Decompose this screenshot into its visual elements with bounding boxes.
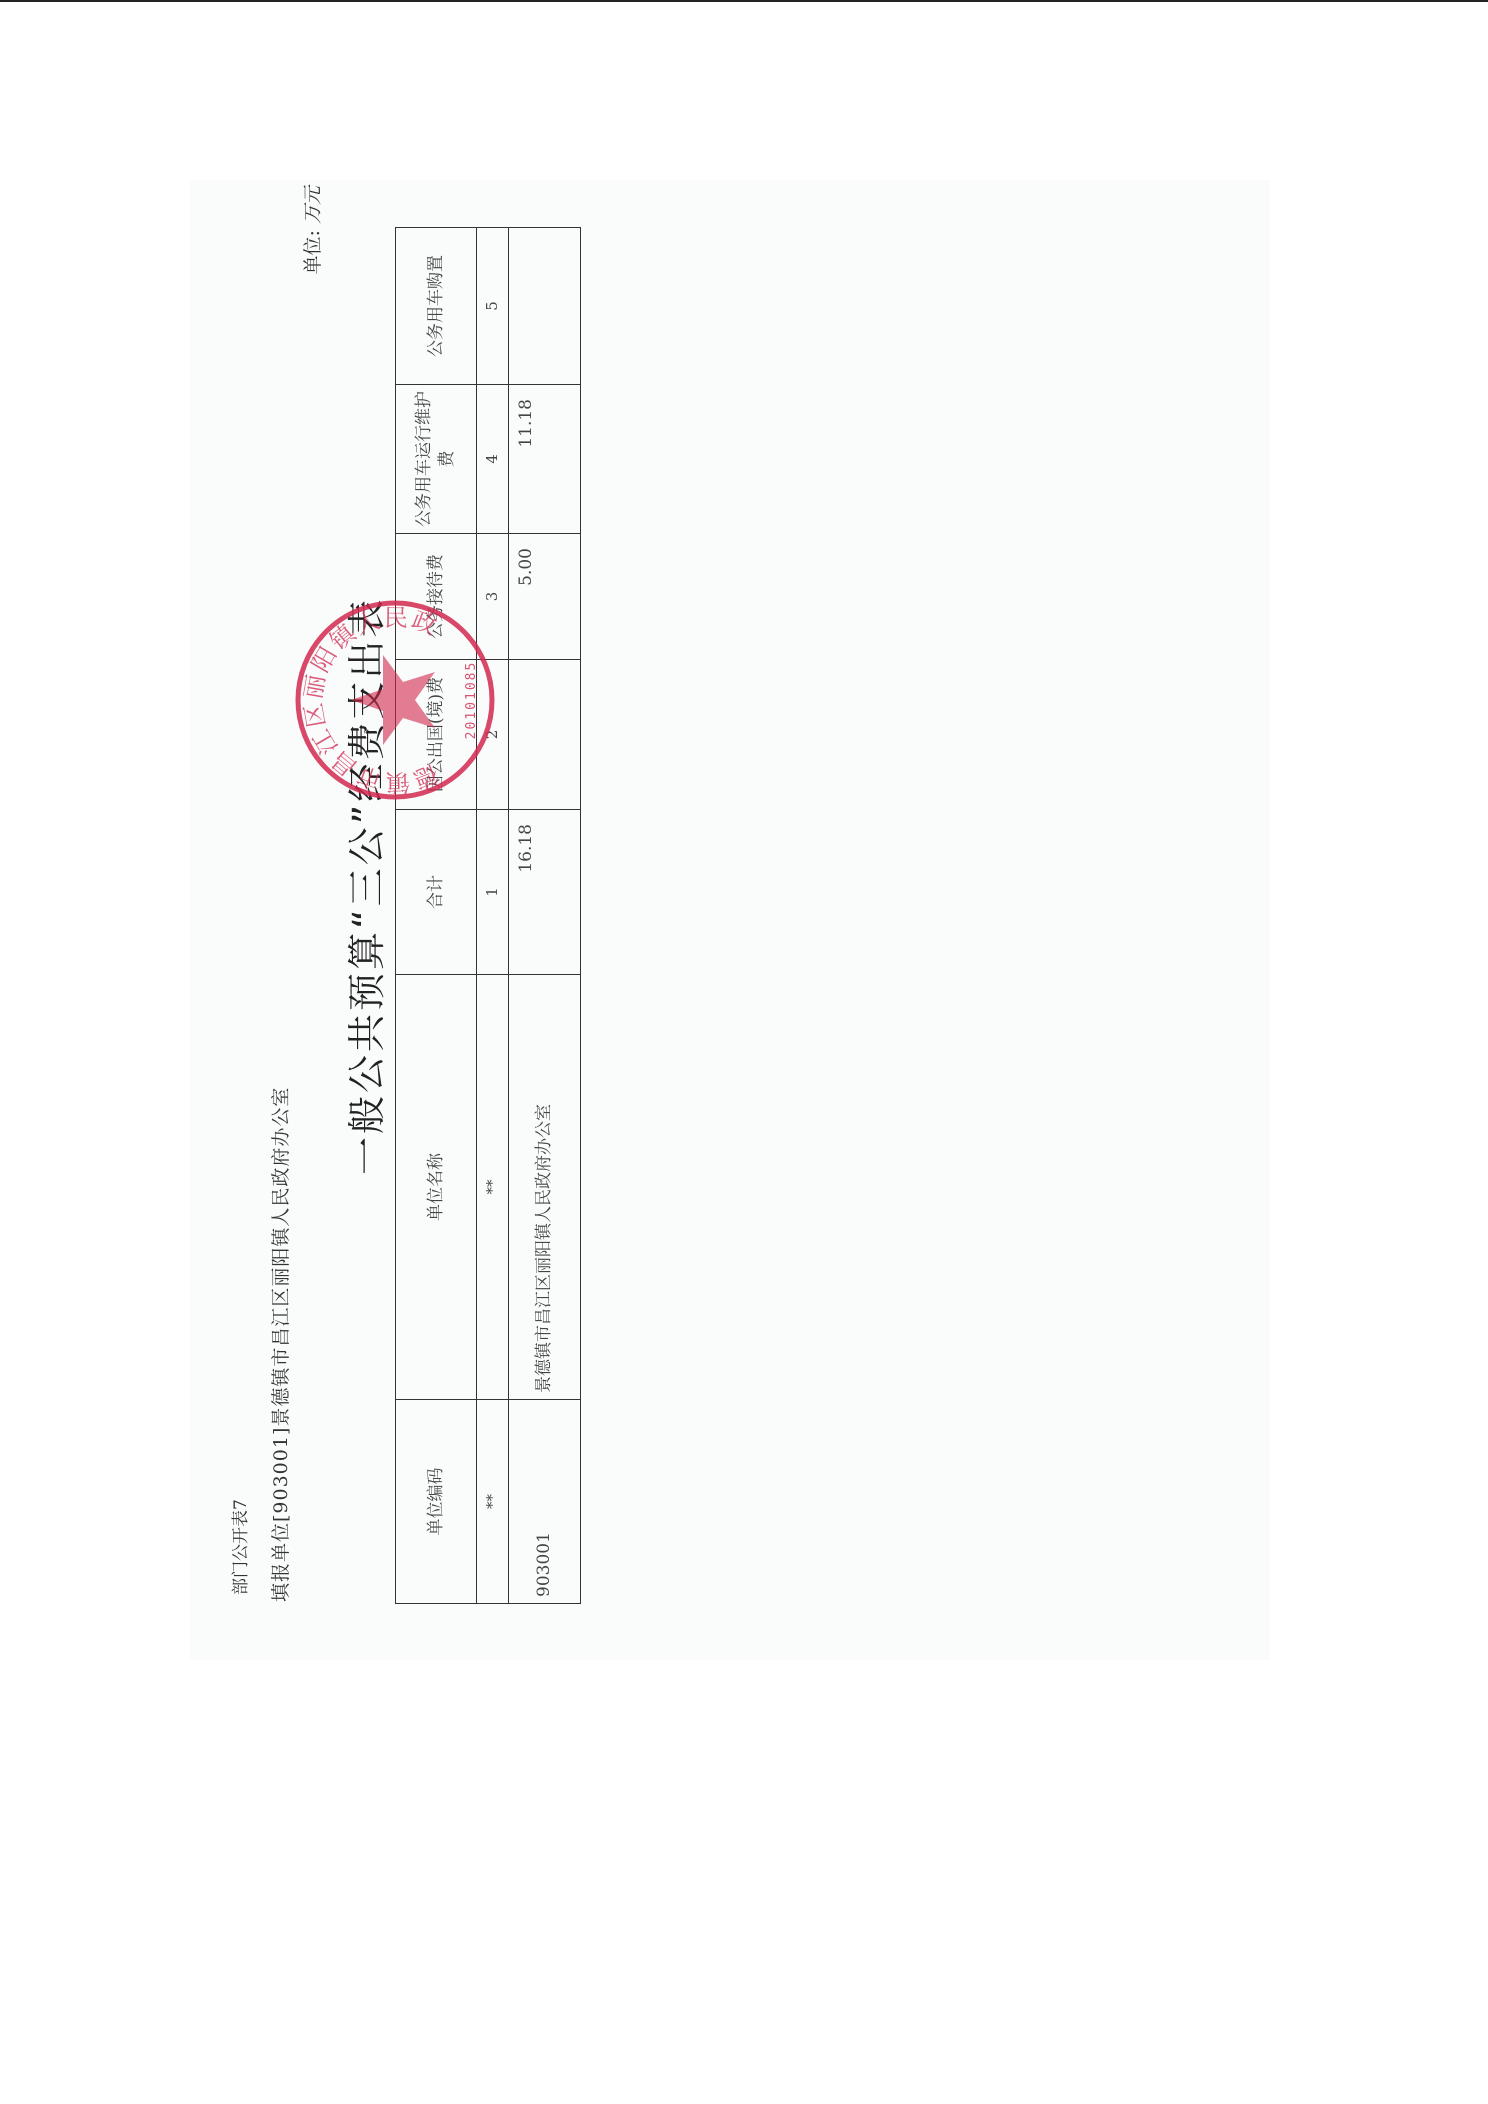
cell-vehicle-purchase [509, 228, 581, 385]
cell-overseas [509, 660, 581, 810]
index-cell: 3 [477, 534, 509, 660]
header-unit-name: 单位名称 [396, 975, 477, 1400]
header-unit-code: 单位编码 [396, 1400, 477, 1604]
header-reception: 公务接待费 [396, 534, 477, 660]
index-cell: ** [477, 1400, 509, 1604]
header-overseas: 因公出国(境)费 [396, 660, 477, 810]
header-vehicle-operation: 公务用车运行维护费 [396, 385, 477, 534]
index-cell: ** [477, 975, 509, 1400]
expense-table: 单位编码 单位名称 合计 因公出国(境)费 公务接待费 公务用车运行维护费 公务… [395, 227, 581, 1604]
unit-value: 万元 [302, 186, 324, 224]
unit-label: 单位: 万元 [298, 186, 325, 274]
index-cell: 1 [477, 810, 509, 975]
cell-vehicle-operation: 11.18 [509, 385, 581, 534]
cell-total: 16.18 [509, 810, 581, 975]
table-row: 903001 景德镇市昌江区丽阳镇人民政府办公室 16.18 5.00 11.1… [509, 228, 581, 1604]
header-vehicle-purchase: 公务用车购置 [396, 228, 477, 385]
index-cell: 2 [477, 660, 509, 810]
table-header-row: 单位编码 单位名称 合计 因公出国(境)费 公务接待费 公务用车运行维护费 公务… [396, 228, 477, 1604]
unit-label-text: 单位: [302, 230, 324, 274]
page-title: 一般公共预算“三公”经费支出表 [336, 597, 391, 1175]
table-index-row: ** ** 1 2 3 4 5 [477, 228, 509, 1604]
form-number: 部门公开表7 [226, 1499, 251, 1595]
header-total: 合计 [396, 810, 477, 975]
cell-unit-name: 景德镇市昌江区丽阳镇人民政府办公室 [509, 975, 581, 1400]
cell-unit-code: 903001 [509, 1400, 581, 1604]
index-cell: 4 [477, 385, 509, 534]
filing-unit: 填报单位[903001]景德镇市昌江区丽阳镇人民政府办公室 [266, 1087, 293, 1602]
page-top-border [0, 0, 1488, 2]
document-sheet: 部门公开表7 填报单位[903001]景德镇市昌江区丽阳镇人民政府办公室 单位:… [190, 180, 1270, 1660]
index-cell: 5 [477, 228, 509, 385]
cell-reception: 5.00 [509, 534, 581, 660]
